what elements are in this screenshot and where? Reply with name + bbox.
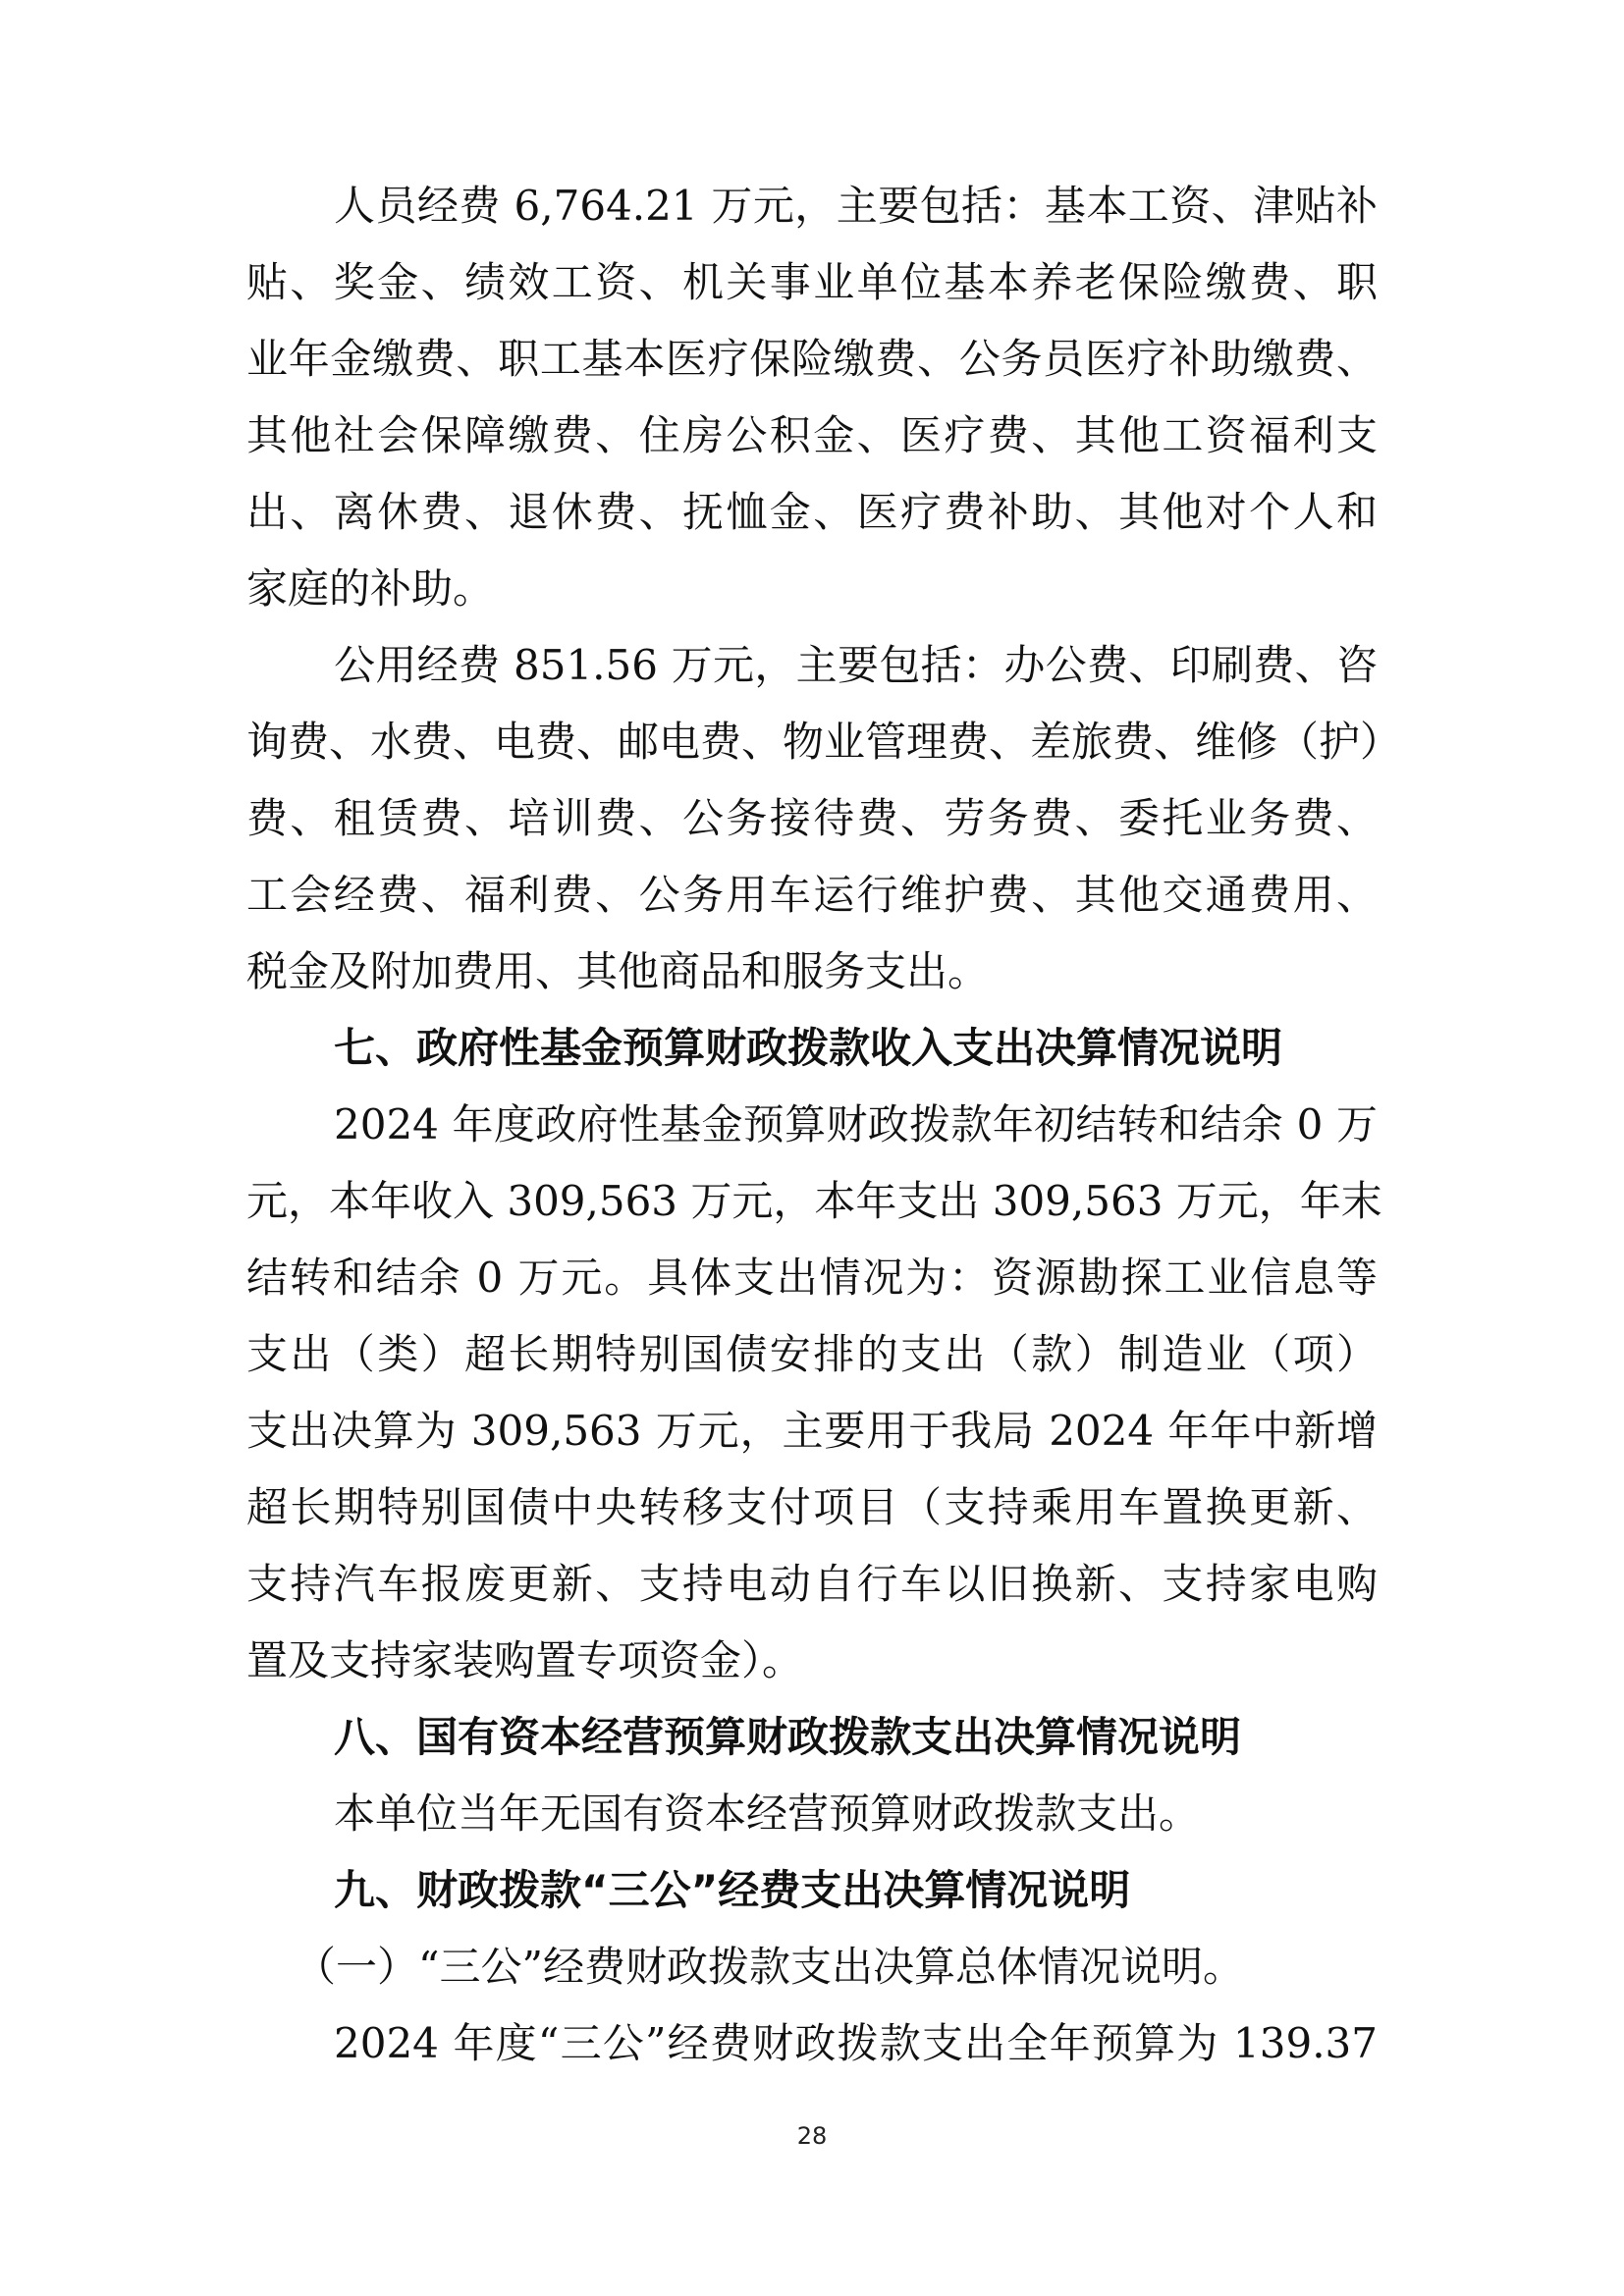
paragraph-fund-line-5: 支出决算为 309,563 万元，主要用于我局 2024 年年中新增 — [246, 1393, 1378, 1469]
subsection-heading-1: （一）“三公”经费财政拨款支出决算总体情况说明。 — [295, 1929, 1378, 2005]
paragraph-public-line-3: 费、租赁费、培训费、公务接待费、劳务费、委托业务费、 — [246, 780, 1378, 857]
document-page: 人员经费 6,764.21 万元，主要包括：基本工资、津贴补 贴、奖金、绩效工资… — [0, 0, 1624, 2296]
paragraph-personnel-line-2: 贴、奖金、绩效工资、机关事业单位基本养老保险缴费、职 — [246, 244, 1378, 321]
paragraph-fund-line-3: 结转和结余 0 万元。具体支出情况为：资源勘探工业信息等 — [246, 1240, 1378, 1316]
paragraph-personnel-line-3: 业年金缴费、职工基本医疗保险缴费、公务员医疗补助缴费、 — [246, 321, 1378, 398]
paragraph-public-line-2: 询费、水费、电费、邮电费、物业管理费、差旅费、维修（护） — [246, 704, 1378, 780]
paragraph-state-capital: 本单位当年无国有资本经营预算财政拨款支出。 — [334, 1776, 1378, 1852]
section-heading-8: 八、国有资本经营预算财政拨款支出决算情况说明 — [334, 1699, 1378, 1776]
section-heading-7: 七、政府性基金预算财政拨款收入支出决算情况说明 — [334, 1010, 1378, 1087]
paragraph-public-line-1: 公用经费 851.56 万元，主要包括：办公费、印刷费、咨 — [334, 627, 1378, 704]
paragraph-fund-line-4: 支出（类）超长期特别国债安排的支出（款）制造业（项） — [246, 1316, 1378, 1393]
paragraph-public-line-5: 税金及附加费用、其他商品和服务支出。 — [246, 934, 1378, 1010]
paragraph-public-line-4: 工会经费、福利费、公务用车运行维护费、其他交通费用、 — [246, 857, 1378, 934]
section-heading-9: 九、财政拨款“三公”经费支出决算情况说明 — [334, 1852, 1378, 1929]
paragraph-personnel-line-4: 其他社会保障缴费、住房公积金、医疗费、其他工资福利支 — [246, 398, 1378, 474]
paragraph-fund-line-1: 2024 年度政府性基金预算财政拨款年初结转和结余 0 万 — [334, 1087, 1378, 1163]
paragraph-three-public-line-1: 2024 年度“三公”经费财政拨款支出全年预算为 139.37 — [334, 2005, 1378, 2082]
page-number: 28 — [0, 2122, 1624, 2150]
paragraph-fund-line-7: 支持汽车报废更新、支持电动自行车以旧换新、支持家电购 — [246, 1546, 1378, 1623]
paragraph-personnel-line-6: 家庭的补助。 — [246, 551, 1378, 627]
paragraph-personnel-line-1: 人员经费 6,764.21 万元，主要包括：基本工资、津贴补 — [334, 168, 1378, 244]
paragraph-personnel-line-5: 出、离休费、退休费、抚恤金、医疗费补助、其他对个人和 — [246, 474, 1378, 551]
paragraph-fund-line-8: 置及支持家装购置专项资金）。 — [246, 1623, 1378, 1699]
paragraph-fund-line-6: 超长期特别国债中央转移支付项目（支持乘用车置换更新、 — [246, 1469, 1378, 1546]
paragraph-fund-line-2: 元，本年收入 309,563 万元，本年支出 309,563 万元，年末 — [246, 1163, 1378, 1240]
